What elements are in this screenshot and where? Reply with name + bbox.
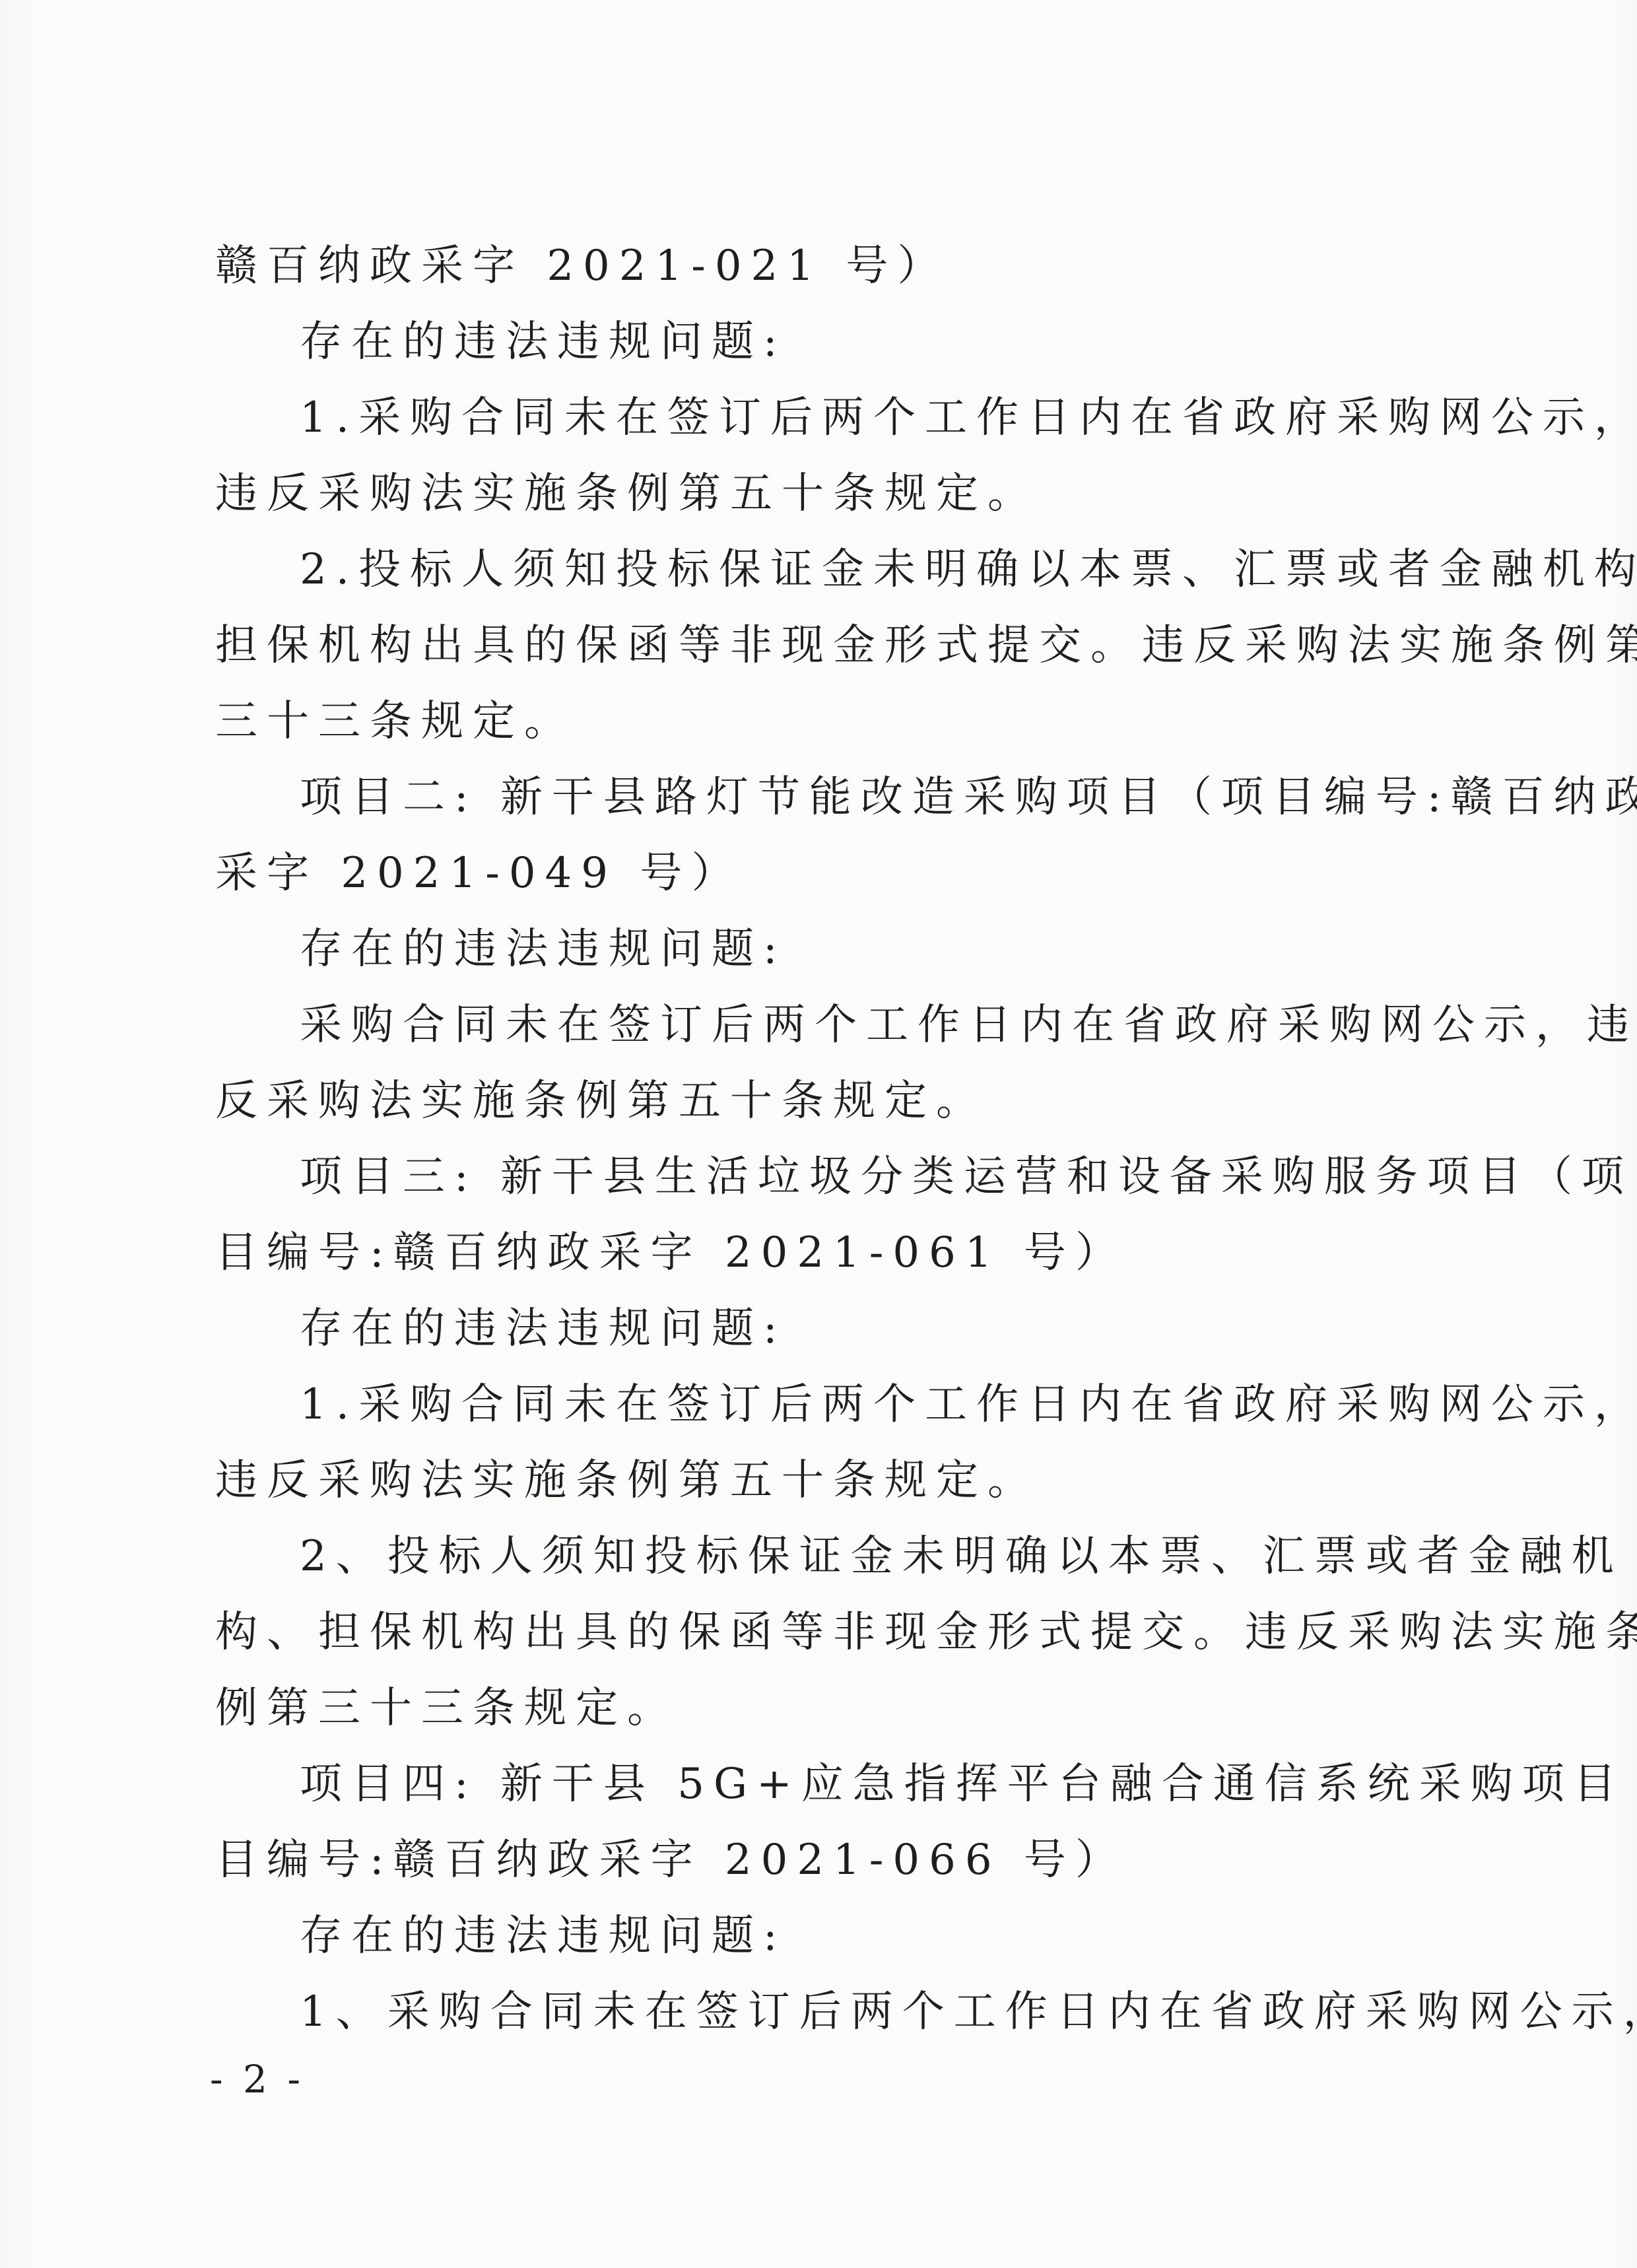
project-three-number: 目编号:赣百纳政采字 2021-061 号） <box>215 1223 1127 1283</box>
violation-item-continuation: 反采购法实施条例第五十条规定。 <box>215 1071 987 1131</box>
violations-heading: 存在的违法违规问题: <box>300 1906 787 1966</box>
page-number: - 2 - <box>210 2053 304 2106</box>
violation-item-continuation: 违反采购法实施条例第五十条规定。 <box>215 1451 1039 1510</box>
violations-heading: 存在的违法违规问题: <box>300 1299 787 1358</box>
violation-item-continuation: 三十三条规定。 <box>215 692 576 751</box>
violation-item-continuation: 构、担保机构出具的保函等非现金形式提交。违反采购法实施条 <box>215 1603 1637 1662</box>
violations-heading: 存在的违法违规问题: <box>300 919 787 979</box>
project-two-number: 采字 2021-049 号） <box>215 844 743 903</box>
violation-item-continuation: 例第三十三条规定。 <box>215 1679 679 1738</box>
project-three-title: 项目三: 新干县生活垃圾分类运营和设备采购服务项目（项 <box>300 1147 1633 1207</box>
violation-item: 2、投标人须知投标保证金未明确以本票、汇票或者金融机 <box>300 1527 1623 1586</box>
project-two-title: 项目二: 新干县路灯节能改造采购项目（项目编号:赣百纳政 <box>300 768 1637 827</box>
violation-item-continuation: 担保机构出具的保函等非现金形式提交。违反采购法实施条例第 <box>215 616 1637 675</box>
violation-item: 1、采购合同未在签订后两个工作日内在省政府采购网公示， <box>300 1982 1637 2042</box>
violation-item-continuation: 违反采购法实施条例第五十条规定。 <box>215 464 1039 523</box>
scan-background <box>0 0 1637 2268</box>
violations-heading: 存在的违法违规问题: <box>300 312 787 372</box>
project-four-number: 目编号:赣百纳政采字 2021-066 号） <box>215 1830 1127 1890</box>
project-four-title: 项目四: 新干县 5G+应急指挥平台融合通信系统采购项目（项 <box>300 1754 1637 1814</box>
violation-item: 2.投标人须知投标保证金未明确以本票、汇票或者金融机构、 <box>300 540 1637 599</box>
project-one-number-continuation: 赣百纳政采字 2021-021 号） <box>215 236 949 296</box>
violation-item: 1.采购合同未在签订后两个工作日内在省政府采购网公示， <box>300 1375 1637 1434</box>
violation-item: 采购合同未在签订后两个工作日内在省政府采购网公示，违 <box>300 995 1637 1055</box>
violation-item: 1.采购合同未在签订后两个工作日内在省政府采购网公示， <box>300 388 1637 448</box>
